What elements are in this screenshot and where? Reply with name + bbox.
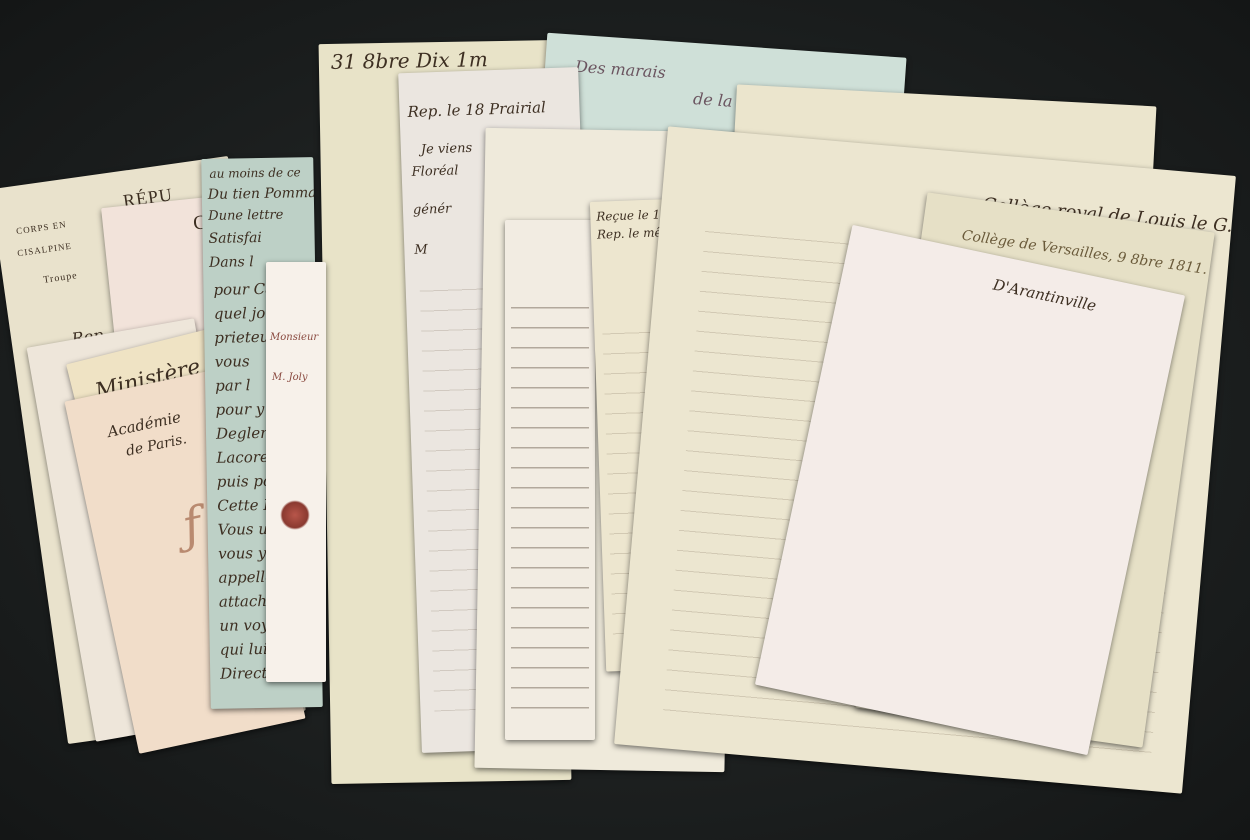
- doc-text: vous y: [218, 544, 266, 563]
- doc-text: un voy: [219, 616, 269, 635]
- document-monsieur-note: Monsieur M. Joly: [266, 262, 326, 682]
- doc-text: 31 8bre Dix 1m: [331, 47, 488, 74]
- doc-text: Vous u: [218, 520, 269, 539]
- doc-text: Reçue le 11: [596, 207, 668, 223]
- doc-text: Rep. le 18 Prairial: [407, 98, 546, 121]
- doc-text: Dune lettre: [208, 208, 283, 224]
- doc-text: génér: [413, 202, 452, 218]
- doc-text: Du tien Pomma: [208, 185, 317, 203]
- doc-text: Floréal: [411, 163, 458, 180]
- doc-text: M: [414, 242, 428, 257]
- doc-text: qui lui: [220, 640, 268, 659]
- doc-text: Dans l: [209, 254, 254, 271]
- doc-text: CISALPINE: [17, 241, 73, 259]
- doc-text: Monsieur: [270, 332, 318, 343]
- doc-text: M. Joly: [272, 372, 307, 383]
- doc-text: Satisfai: [208, 230, 262, 247]
- doc-text: au moins de ce: [209, 165, 300, 181]
- wax-seal: [280, 500, 310, 530]
- doc-text: Des marais: [574, 57, 666, 82]
- doc-text: ƒ: [177, 497, 206, 555]
- doc-text: CORPS EN: [16, 219, 68, 236]
- document-middle-narrow: [505, 220, 595, 740]
- doc-text: Lacore: [216, 448, 269, 467]
- doc-text: pour y: [215, 400, 264, 419]
- doc-text: Troupe: [43, 270, 79, 286]
- doc-text: vous: [215, 352, 250, 371]
- doc-text: par l: [215, 376, 251, 395]
- doc-text: Je viens: [421, 141, 473, 158]
- doc-text: puis po: [217, 472, 272, 491]
- doc-text: D'Arantinville: [991, 276, 1097, 315]
